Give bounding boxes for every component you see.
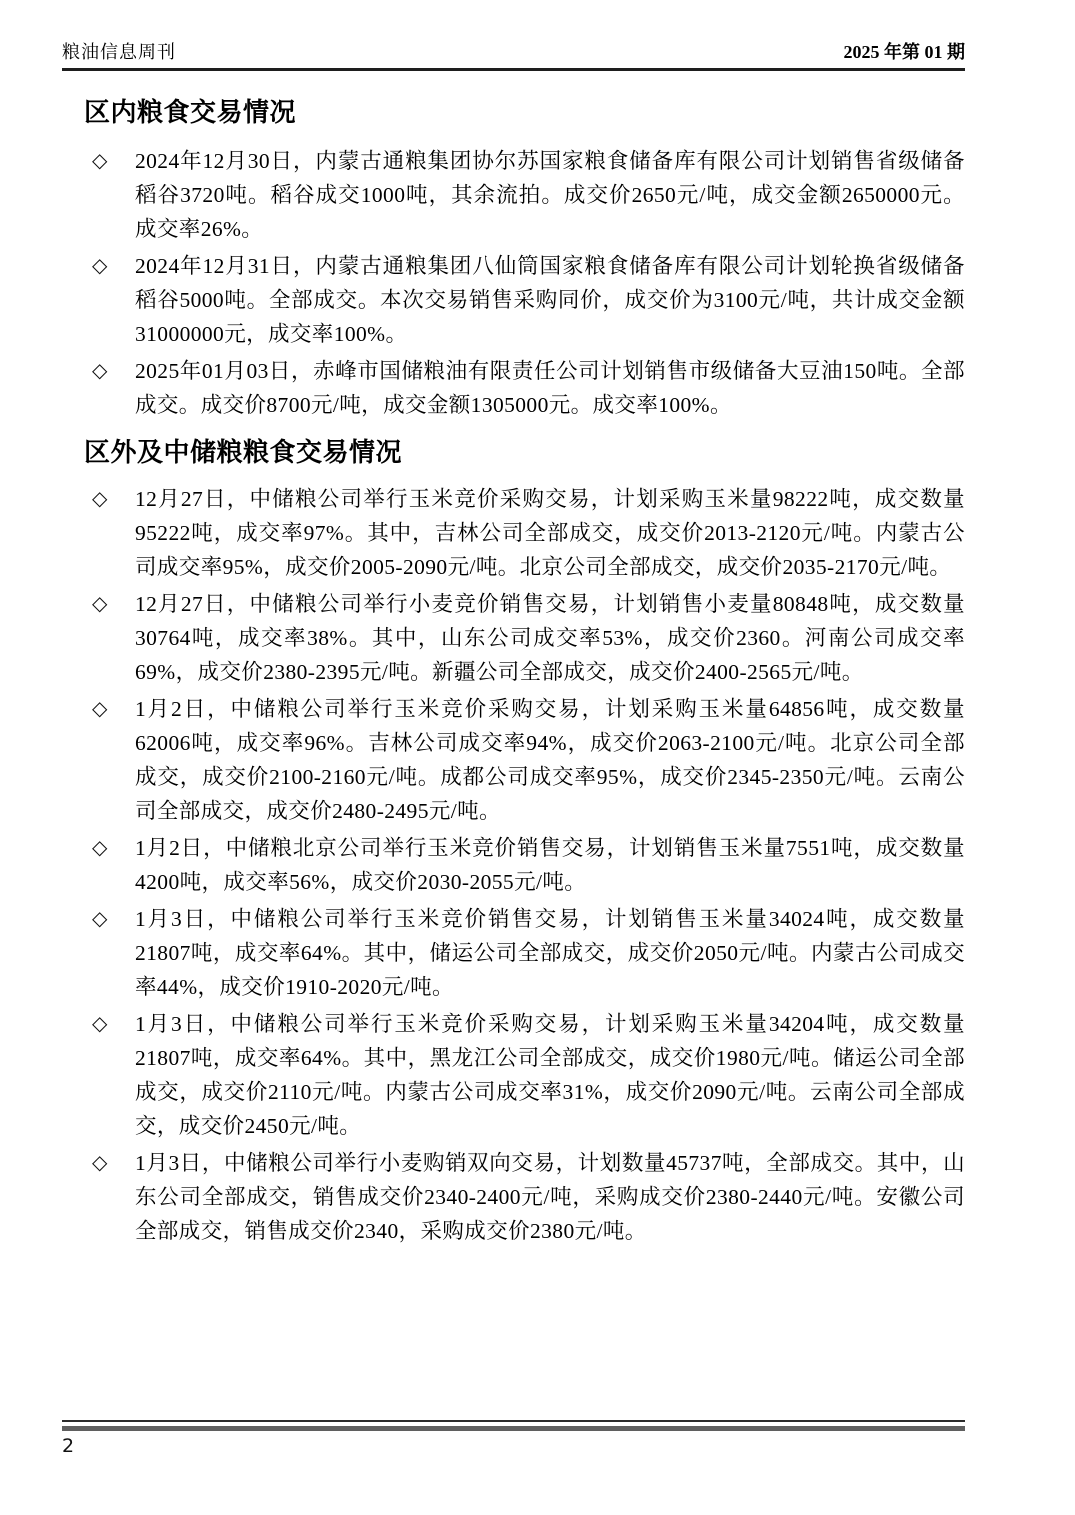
- trade-item-text: 2024年12月31日，内蒙古通粮集团八仙筒国家粮食储备库有限公司计划轮换省级储…: [135, 249, 965, 351]
- trade-item-text: 1月2日，中储粮北京公司举行玉米竞价销售交易，计划销售玉米量7551吨，成交数量…: [135, 831, 965, 899]
- trade-item: ◇ 2024年12月31日，内蒙古通粮集团八仙筒国家粮食储备库有限公司计划轮换省…: [92, 249, 965, 351]
- journal-title: 粮油信息周刊: [62, 40, 176, 64]
- trade-item: ◇ 1月3日，中储粮公司举行小麦购销双向交易，计划数量45737吨，全部成交。其…: [92, 1146, 965, 1248]
- trade-item: ◇ 1月2日，中储粮公司举行玉米竞价采购交易，计划采购玉米量64856吨，成交数…: [92, 692, 965, 828]
- diamond-bullet-icon: ◇: [92, 902, 135, 1004]
- page-number: 2: [62, 1435, 965, 1457]
- section-title-region-trades: 区内粮食交易情况: [84, 95, 965, 129]
- issue-label: 2025 年第 01 期: [844, 40, 966, 64]
- trade-item-text: 12月27日，中储粮公司举行小麦竞价销售交易，计划销售小麦量80848吨，成交数…: [135, 587, 965, 689]
- trade-item-text: 2025年01月03日，赤峰市国储粮油有限责任公司计划销售市级储备大豆油150吨…: [135, 354, 965, 422]
- diamond-bullet-icon: ◇: [92, 1146, 135, 1248]
- trade-item-text: 1月3日，中储粮公司举行玉米竞价采购交易，计划采购玉米量34204吨，成交数量2…: [135, 1007, 965, 1143]
- trade-item: ◇ 12月27日，中储粮公司举行玉米竞价采购交易，计划采购玉米量98222吨，成…: [92, 482, 965, 584]
- trade-item-text: 1月3日，中储粮公司举行小麦购销双向交易，计划数量45737吨，全部成交。其中，…: [135, 1146, 965, 1248]
- footer-rule-thick: [62, 1426, 965, 1431]
- diamond-bullet-icon: ◇: [92, 692, 135, 828]
- trade-item: ◇ 2024年12月30日，内蒙古通粮集团协尔苏国家粮食储备库有限公司计划销售省…: [92, 144, 965, 246]
- diamond-bullet-icon: ◇: [92, 482, 135, 584]
- diamond-bullet-icon: ◇: [92, 587, 135, 689]
- document-page: 粮油信息周刊 2025 年第 01 期 区内粮食交易情况 ◇ 2024年12月3…: [0, 0, 1075, 1515]
- trade-item: ◇ 1月2日，中储粮北京公司举行玉米竞价销售交易，计划销售玉米量7551吨，成交…: [92, 831, 965, 899]
- running-header: 粮油信息周刊 2025 年第 01 期: [62, 0, 965, 64]
- diamond-bullet-icon: ◇: [92, 354, 135, 422]
- trade-item: ◇ 2025年01月03日，赤峰市国储粮油有限责任公司计划销售市级储备大豆油15…: [92, 354, 965, 422]
- section-title-outside-trades: 区外及中储粮粮食交易情况: [84, 435, 965, 469]
- trade-item: ◇ 1月3日，中储粮公司举行玉米竞价采购交易，计划采购玉米量34204吨，成交数…: [92, 1007, 965, 1143]
- trade-item-text: 1月3日，中储粮公司举行玉米竞价销售交易，计划销售玉米量34024吨，成交数量2…: [135, 902, 965, 1004]
- footer-rule-thin: [62, 1420, 965, 1422]
- diamond-bullet-icon: ◇: [92, 249, 135, 351]
- trade-item-text: 1月2日，中储粮公司举行玉米竞价采购交易，计划采购玉米量64856吨，成交数量6…: [135, 692, 965, 828]
- trade-item: ◇ 12月27日，中储粮公司举行小麦竞价销售交易，计划销售小麦量80848吨，成…: [92, 587, 965, 689]
- diamond-bullet-icon: ◇: [92, 1007, 135, 1143]
- diamond-bullet-icon: ◇: [92, 144, 135, 246]
- header-rule: [62, 68, 965, 71]
- trade-item: ◇ 1月3日，中储粮公司举行玉米竞价销售交易，计划销售玉米量34024吨，成交数…: [92, 902, 965, 1004]
- page-footer: 2: [62, 1420, 965, 1457]
- trade-item-text: 12月27日，中储粮公司举行玉米竞价采购交易，计划采购玉米量98222吨，成交数…: [135, 482, 965, 584]
- diamond-bullet-icon: ◇: [92, 831, 135, 899]
- trade-item-text: 2024年12月30日，内蒙古通粮集团协尔苏国家粮食储备库有限公司计划销售省级储…: [135, 144, 965, 246]
